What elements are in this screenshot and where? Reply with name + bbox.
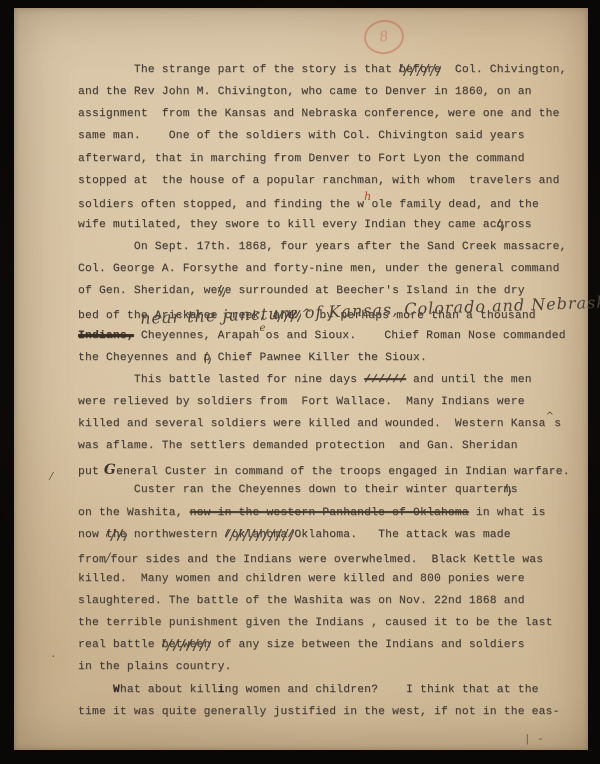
typed-slash-deletion: /oklahoma/ bbox=[225, 529, 295, 541]
typed-slash-deletion: q bbox=[497, 219, 504, 231]
typed-line: in the plains country. bbox=[78, 661, 578, 683]
typed-line: put General Custer in command of the tro… bbox=[78, 462, 578, 484]
typed-text: assignment from the Kansas and Nebraska … bbox=[78, 108, 560, 120]
typed-text: were relieved by soldiers from Fort Wall… bbox=[78, 396, 525, 408]
stray-pencil-mark: . bbox=[50, 649, 57, 661]
typed-text: os and Sioux. Chief Roman Nose commanded bbox=[266, 330, 566, 342]
typed-line: were relieved by soldiers from Fort Wall… bbox=[78, 396, 578, 418]
typed-slash-deletion: between bbox=[162, 639, 211, 651]
typed-line: was aflame. The settlers demanded protec… bbox=[78, 440, 578, 462]
typed-line: soldiers often stopped, and finding the … bbox=[78, 197, 578, 219]
page-number-text: 8 bbox=[378, 28, 389, 45]
typed-text: wife mutilated, they swore to kill every… bbox=[78, 219, 497, 231]
typed-line: real battle between of any size between … bbox=[78, 639, 578, 661]
typed-text: Chief Pawnee Killer the Sioux. bbox=[211, 352, 427, 364]
pencil-strikethrough: Indians, bbox=[78, 330, 134, 342]
typed-text: killed and several soldiers were killed … bbox=[78, 418, 546, 430]
typed-line: Indians, Cheyennes, Arapaheos and Sioux.… bbox=[78, 330, 578, 352]
handwritten-correction: G bbox=[104, 462, 116, 478]
typed-line: killed. Many women and children were kil… bbox=[78, 573, 578, 595]
typed-text bbox=[78, 684, 113, 696]
typed-text: ng women and children? I think that at t… bbox=[225, 684, 539, 696]
typed-slash-deletion: the bbox=[106, 529, 127, 541]
typed-line: and the Rev John M. Chivington, who came… bbox=[78, 86, 578, 108]
typed-text: ross bbox=[504, 219, 532, 231]
typed-text: of Gen. Sheridan, we bbox=[78, 285, 218, 297]
typed-text: was aflame. The settlers demanded protec… bbox=[78, 440, 518, 452]
red-ink-insertion: h bbox=[364, 190, 371, 203]
typed-text: of any size between the Indians and sold… bbox=[211, 639, 525, 651]
typed-line: Custer ran the Cheyennes down to their w… bbox=[78, 484, 578, 506]
typed-text: The strange part of the story is that bbox=[78, 64, 399, 76]
typed-text: Col. George A. Forsythe and forty-nine m… bbox=[78, 263, 560, 275]
typed-text: stopped at the house of a popular ranchm… bbox=[78, 175, 560, 187]
typed-line: the Cheyennes and p Chief Pawnee Killer … bbox=[78, 352, 578, 374]
overtyped-letter: W bbox=[113, 684, 120, 696]
typed-text: Col. Chivington, bbox=[441, 64, 567, 76]
typed-line: the terrible punishment given the Indian… bbox=[78, 617, 578, 639]
typed-line: The strange part of the story is that be… bbox=[78, 64, 578, 86]
typed-line: now the northwestern /oklahoma/Oklahoma.… bbox=[78, 529, 578, 551]
typewritten-page: 8 The strange part of the story is that … bbox=[14, 8, 588, 750]
typed-text: Custer ran the Cheyennes down to their w… bbox=[78, 484, 504, 496]
typed-text: killed. Many women and children were kil… bbox=[78, 573, 525, 585]
typed-slash-deletion: p bbox=[204, 352, 211, 364]
stray-pencil-mark: | - bbox=[524, 734, 544, 746]
typed-line: on the Washita, now in the western Panha… bbox=[78, 507, 578, 529]
pencil-strikethrough: now in the western Panhandle of Oklahoma bbox=[190, 507, 469, 519]
typed-line: same man. One of the soldiers with Col. … bbox=[78, 130, 578, 152]
typed-text: hat about kill bbox=[120, 684, 218, 696]
typed-text: afterward, that in marching from Denver … bbox=[78, 153, 525, 165]
red-circled-page-number: 8 bbox=[362, 17, 406, 56]
overtyped-letter: i bbox=[218, 684, 225, 696]
typed-line: This battle lasted for nine days ////// … bbox=[78, 374, 578, 396]
typed-line: stopped at the house of a popular ranchm… bbox=[78, 175, 578, 197]
typed-line: slaughtered. The battle of the Washita w… bbox=[78, 595, 578, 617]
typed-text: in the plains country. bbox=[78, 661, 232, 673]
typed-text: four sides and the Indians were overwhel… bbox=[111, 554, 544, 566]
typed-slash-deletion: before bbox=[399, 64, 441, 76]
typed-text: put bbox=[78, 466, 106, 478]
typed-text: and the Rev John M. Chivington, who came… bbox=[78, 86, 532, 98]
typed-text: in what is bbox=[469, 507, 546, 519]
handwritten-correction: ^ bbox=[546, 411, 555, 422]
typed-line: killed and several soldiers were killed … bbox=[78, 418, 578, 440]
typed-text: now bbox=[78, 529, 106, 541]
typed-line: What about killing women and children? I… bbox=[78, 684, 578, 706]
typed-text: Oklahoma. The attack was made bbox=[294, 529, 510, 541]
typed-text: on the Washita, bbox=[78, 507, 190, 519]
typed-text: On Sept. 17th. 1868, four years after th… bbox=[78, 241, 567, 253]
photo-background: { "page": { "page_mark": "8", "paper_col… bbox=[0, 0, 600, 764]
pencil-strikethrough: ////// bbox=[364, 374, 406, 386]
typed-text: real battle bbox=[78, 639, 162, 651]
typed-line: afterward, that in marching from Denver … bbox=[78, 153, 578, 175]
typed-line: Col. George A. Forsythe and forty-nine m… bbox=[78, 263, 578, 285]
typed-text: This battle lasted for nine days bbox=[78, 374, 364, 386]
typed-text: s bbox=[554, 418, 561, 430]
typed-text: s bbox=[511, 484, 518, 496]
typed-line: from/four sides and the Indians were ove… bbox=[78, 551, 578, 573]
stray-pencil-mark: / bbox=[48, 472, 55, 484]
typed-slash-deletion: y bbox=[218, 285, 225, 297]
typed-text: the Cheyennes and bbox=[78, 352, 204, 364]
typed-text: soldiers often stopped, and finding the … bbox=[78, 199, 364, 211]
typed-text: same man. One of the soldiers with Col. … bbox=[78, 130, 525, 142]
typed-slash-deletion: m bbox=[504, 484, 511, 496]
typed-text: eneral Custer in command of the troops e… bbox=[116, 466, 570, 478]
typed-line: time it was quite generally justified in… bbox=[78, 706, 578, 728]
typed-line: assignment from the Kansas and Nebraska … bbox=[78, 108, 578, 130]
typed-text: the terrible punishment given the Indian… bbox=[78, 617, 553, 629]
typed-line: wife mutilated, they swore to kill every… bbox=[78, 219, 578, 241]
typed-text: northwestern bbox=[127, 529, 225, 541]
handwritten-correction: e bbox=[259, 323, 265, 334]
typed-text: from bbox=[78, 554, 106, 566]
typed-text: Cheyennes, Arapah bbox=[134, 330, 260, 342]
typed-text: and until the men bbox=[406, 374, 532, 386]
typed-lines: The strange part of the story is that be… bbox=[78, 64, 578, 728]
typed-line: On Sept. 17th. 1868, four years after th… bbox=[78, 241, 578, 263]
typed-text: ole family dead, and the bbox=[371, 199, 539, 211]
typed-text: e surrounded at Beecher's Island in the … bbox=[225, 285, 525, 297]
typed-text: time it was quite generally justified in… bbox=[78, 706, 560, 718]
typed-text: slaughtered. The battle of the Washita w… bbox=[78, 595, 525, 607]
